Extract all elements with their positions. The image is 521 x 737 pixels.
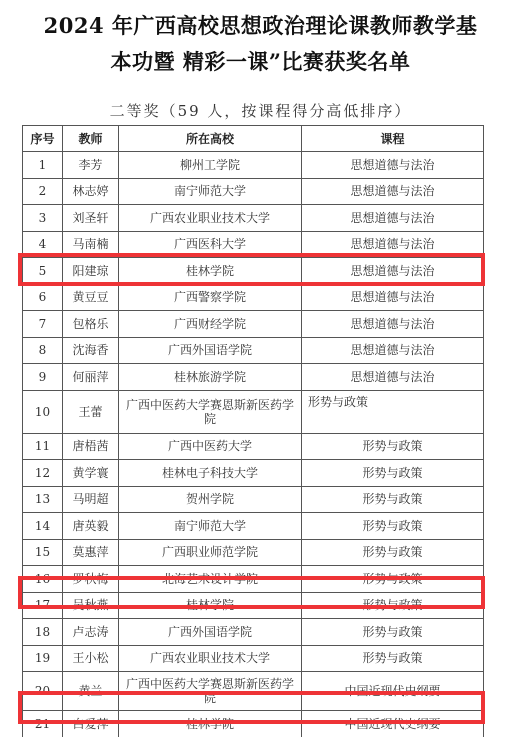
cell-course: 思想道德与法治 — [302, 364, 484, 391]
cell-no: 4 — [23, 231, 63, 258]
cell-no: 1 — [23, 152, 63, 179]
header-school: 所在高校 — [119, 126, 302, 152]
cell-teacher: 林志婷 — [63, 178, 119, 205]
cell-course: 形势与政策 — [302, 566, 484, 593]
cell-school: 桂林旅游学院 — [119, 364, 302, 391]
table-row-highlighted: 21 白爱萍 桂林学院 中国近现代史纲要 — [23, 711, 484, 737]
cell-course: 思想道德与法治 — [302, 311, 484, 338]
cell-teacher: 罗秋梅 — [63, 566, 119, 593]
cell-course: 思想道德与法治 — [302, 178, 484, 205]
cell-course: 思想道德与法治 — [302, 284, 484, 311]
table-row: 15 莫惠萍 广西职业师范学院 形势与政策 — [23, 539, 484, 566]
document-title-line-1: 2024 年广西高校思想政治理论课教师教学基 — [0, 10, 521, 40]
cell-no: 19 — [23, 645, 63, 672]
cell-teacher: 黄学寰 — [63, 460, 119, 487]
table-row: 19 王小松 广西农业职业技术大学 形势与政策 — [23, 645, 484, 672]
cell-teacher: 阳建琼 — [63, 258, 119, 285]
cell-school: 北海艺术设计学院 — [119, 566, 302, 593]
cell-teacher: 李芳 — [63, 152, 119, 179]
award-table: 序号 教师 所在高校 课程 1 李芳 柳州工学院 思想道德与法治 2 林志婷 南… — [22, 125, 484, 737]
cell-course: 中国近现代史纲要 — [302, 672, 484, 711]
cell-school: 广西外国语学院 — [119, 337, 302, 364]
table-row: 3 刘圣轩 广西农业职业技术大学 思想道德与法治 — [23, 205, 484, 232]
cell-no: 21 — [23, 711, 63, 737]
cell-course: 形势与政策 — [302, 539, 484, 566]
cell-teacher: 马明超 — [63, 486, 119, 513]
cell-no: 16 — [23, 566, 63, 593]
table-row: 4 马南楠 广西医科大学 思想道德与法治 — [23, 231, 484, 258]
cell-school: 广西中医药大学赛恩斯新医药学院 — [119, 390, 302, 433]
cell-school: 广西财经学院 — [119, 311, 302, 338]
cell-school: 柳州工学院 — [119, 152, 302, 179]
table-row: 8 沈海香 广西外国语学院 思想道德与法治 — [23, 337, 484, 364]
table-row: 1 李芳 柳州工学院 思想道德与法治 — [23, 152, 484, 179]
table-row: 12 黄学寰 桂林电子科技大学 形势与政策 — [23, 460, 484, 487]
cell-teacher: 唐英毅 — [63, 513, 119, 540]
cell-school: 南宁师范大学 — [119, 513, 302, 540]
cell-no: 13 — [23, 486, 63, 513]
table-row: 7 包格乐 广西财经学院 思想道德与法治 — [23, 311, 484, 338]
cell-course: 形势与政策 — [302, 433, 484, 460]
cell-teacher: 王小松 — [63, 645, 119, 672]
cell-school: 广西外国语学院 — [119, 619, 302, 646]
cell-course: 思想道德与法治 — [302, 337, 484, 364]
cell-school: 桂林学院 — [119, 592, 302, 619]
cell-no: 18 — [23, 619, 63, 646]
award-subtitle: 二等奖（59 人，按课程得分高低排序） — [0, 100, 521, 121]
document-title-line-2: 本功暨 精彩一课”比赛获奖名单 — [0, 46, 521, 76]
cell-course: 思想道德与法治 — [302, 231, 484, 258]
cell-teacher: 何丽萍 — [63, 364, 119, 391]
cell-teacher: 马南楠 — [63, 231, 119, 258]
cell-no: 2 — [23, 178, 63, 205]
cell-course: 形势与政策 — [302, 513, 484, 540]
cell-school: 广西农业职业技术大学 — [119, 645, 302, 672]
cell-course: 思想道德与法治 — [302, 152, 484, 179]
table-row: 9 何丽萍 桂林旅游学院 思想道德与法治 — [23, 364, 484, 391]
cell-teacher: 沈海香 — [63, 337, 119, 364]
table-row: 16 罗秋梅 北海艺术设计学院 形势与政策 — [23, 566, 484, 593]
cell-no: 6 — [23, 284, 63, 311]
cell-school: 广西职业师范学院 — [119, 539, 302, 566]
cell-school: 广西医科大学 — [119, 231, 302, 258]
cell-course: 思想道德与法治 — [302, 205, 484, 232]
cell-teacher: 唐梧茜 — [63, 433, 119, 460]
cell-teacher: 包格乐 — [63, 311, 119, 338]
table-row: 18 卢志涛 广西外国语学院 形势与政策 — [23, 619, 484, 646]
cell-course: 形势与政策 — [302, 390, 484, 433]
cell-school: 广西中医药大学赛恩斯新医药学院 — [119, 672, 302, 711]
cell-no: 17 — [23, 592, 63, 619]
cell-teacher: 王蕾 — [63, 390, 119, 433]
cell-no: 15 — [23, 539, 63, 566]
cell-teacher: 白爱萍 — [63, 711, 119, 737]
cell-course: 形势与政策 — [302, 486, 484, 513]
cell-teacher: 刘圣轩 — [63, 205, 119, 232]
cell-no: 14 — [23, 513, 63, 540]
cell-teacher: 吴秋燕 — [63, 592, 119, 619]
cell-school: 贺州学院 — [119, 486, 302, 513]
table-row: 11 唐梧茜 广西中医药大学 形势与政策 — [23, 433, 484, 460]
cell-school: 桂林电子科技大学 — [119, 460, 302, 487]
cell-no: 9 — [23, 364, 63, 391]
cell-no: 7 — [23, 311, 63, 338]
cell-no: 5 — [23, 258, 63, 285]
cell-school: 广西农业职业技术大学 — [119, 205, 302, 232]
cell-course: 形势与政策 — [302, 592, 484, 619]
table-row: 10 王蕾 广西中医药大学赛恩斯新医药学院 形势与政策 — [23, 390, 484, 433]
header-course: 课程 — [302, 126, 484, 152]
cell-school: 广西警察学院 — [119, 284, 302, 311]
cell-course: 形势与政策 — [302, 619, 484, 646]
table-row: 20 黄兰 广西中医药大学赛恩斯新医药学院 中国近现代史纲要 — [23, 672, 484, 711]
header-no: 序号 — [23, 126, 63, 152]
cell-no: 11 — [23, 433, 63, 460]
cell-school: 广西中医药大学 — [119, 433, 302, 460]
table-row: 14 唐英毅 南宁师范大学 形势与政策 — [23, 513, 484, 540]
cell-no: 3 — [23, 205, 63, 232]
cell-no: 20 — [23, 672, 63, 711]
table-row: 6 黄豆豆 广西警察学院 思想道德与法治 — [23, 284, 484, 311]
cell-no: 10 — [23, 390, 63, 433]
cell-school: 桂林学院 — [119, 258, 302, 285]
table-row: 2 林志婷 南宁师范大学 思想道德与法治 — [23, 178, 484, 205]
header-teacher: 教师 — [63, 126, 119, 152]
cell-no: 12 — [23, 460, 63, 487]
table-row: 13 马明超 贺州学院 形势与政策 — [23, 486, 484, 513]
table-row-highlighted: 5 阳建琼 桂林学院 思想道德与法治 — [23, 258, 484, 285]
cell-course: 中国近现代史纲要 — [302, 711, 484, 737]
cell-course: 思想道德与法治 — [302, 258, 484, 285]
table-header-row: 序号 教师 所在高校 课程 — [23, 126, 484, 152]
table-row-highlighted: 17 吴秋燕 桂林学院 形势与政策 — [23, 592, 484, 619]
cell-teacher: 黄豆豆 — [63, 284, 119, 311]
cell-course: 形势与政策 — [302, 460, 484, 487]
cell-course: 形势与政策 — [302, 645, 484, 672]
cell-school: 南宁师范大学 — [119, 178, 302, 205]
cell-teacher: 莫惠萍 — [63, 539, 119, 566]
cell-teacher: 卢志涛 — [63, 619, 119, 646]
cell-school: 桂林学院 — [119, 711, 302, 737]
cell-no: 8 — [23, 337, 63, 364]
cell-teacher: 黄兰 — [63, 672, 119, 711]
